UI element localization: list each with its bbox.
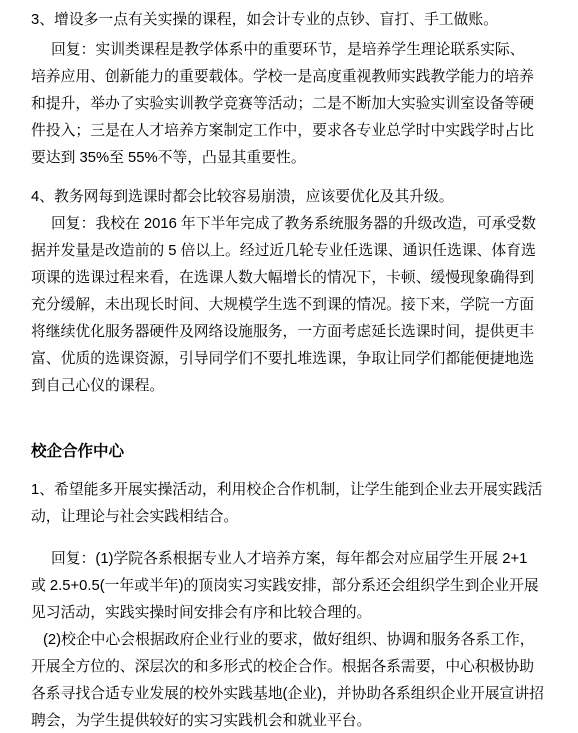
question-item-1: 1、希望能多开展实操活动，利用校企合作机制，让学生能到企业去开展实践活 动，让理… [31, 477, 558, 531]
section-heading-school-enterprise-cooperation-center: 校企合作中心 [31, 438, 558, 465]
question-item-3: 3、增设多一点有关实操的课程，如会计专业的点钞、盲打、手工做账。 [31, 7, 558, 34]
reply-paragraph-1-part-2: (2)校企中心会根据政府企业行业的要求，做好组织、协调和服务各系工作， 开展全方… [31, 627, 558, 733]
reply-paragraph-4: 回复：我校在 2016 年下半年完成了教务系统服务器的升级改造，可承受数 据并发… [31, 211, 558, 400]
document-page: 3、增设多一点有关实操的课程，如会计专业的点钞、盲打、手工做账。 回复：实训类课… [0, 7, 578, 733]
reply-paragraph-3: 回复：实训类课程是教学体系中的重要环节，是培养学生理论联系实际、 培养应用、创新… [31, 37, 558, 172]
reply-paragraph-1-part-1: 回复：(1)学院各系根据专业人才培养方案，每年都会对应届学生开展 2+1 或 2… [31, 546, 558, 627]
question-item-4: 4、教务网每到选课时都会比较容易崩溃，应该要优化及其升级。 [31, 184, 558, 211]
